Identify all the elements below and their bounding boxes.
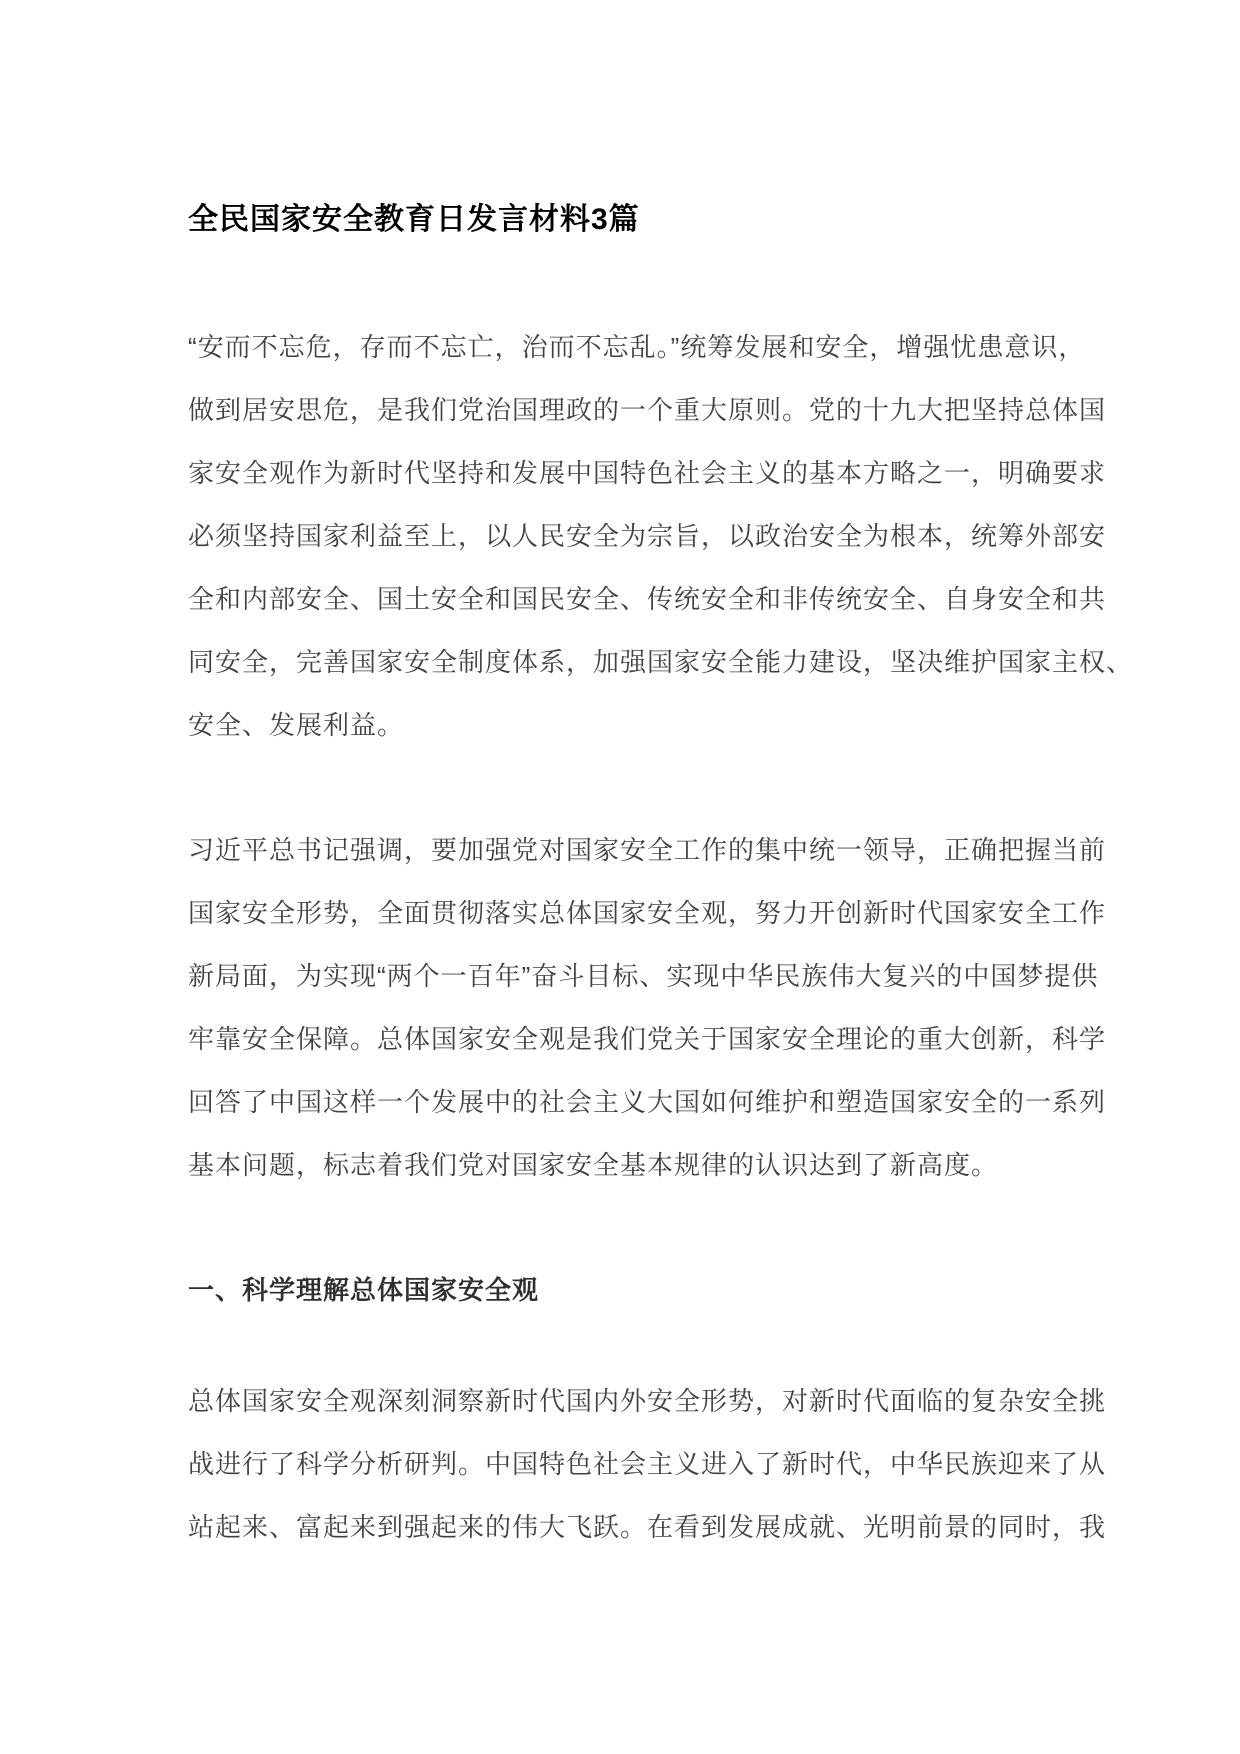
paragraph-line: 回答了中国这样一个发展中的社会主义大国如何维护和塑造国家安全的一系列 bbox=[188, 1071, 1106, 1134]
document-title: 全民国家安全教育日发言材料3篇 bbox=[188, 200, 640, 240]
paragraph-2: 习近平总书记强调，要加强党对国家安全工作的集中统一领导，正确把握当前 国家安全形… bbox=[188, 819, 1106, 1197]
paragraph-1: “安而不忘危，存而不忘亡，治而不忘乱。”统筹发展和安全，增强忧患意识， 做到居安… bbox=[188, 316, 1133, 757]
paragraph-line: 战进行了科学分析研判。中国特色社会主义进入了新时代，中华民族迎来了从 bbox=[188, 1433, 1106, 1496]
paragraph-3: 总体国家安全观深刻洞察新时代国内外安全形势，对新时代面临的复杂安全挑 战进行了科… bbox=[188, 1370, 1106, 1559]
paragraph-line: 家安全观作为新时代坚持和发展中国特色社会主义的基本方略之一，明确要求 bbox=[188, 442, 1133, 505]
paragraph-line: 同安全，完善国家安全制度体系，加强国家安全能力建设，坚决维护国家主权、 bbox=[188, 631, 1133, 694]
section-heading-1: 一、科学理解总体国家安全观 bbox=[188, 1259, 539, 1322]
paragraph-line: “安而不忘危，存而不忘亡，治而不忘乱。”统筹发展和安全，增强忧患意识， bbox=[188, 316, 1133, 379]
paragraph-line: 基本问题，标志着我们党对国家安全基本规律的认识达到了新高度。 bbox=[188, 1134, 1106, 1197]
paragraph-line: 站起来、富起来到强起来的伟大飞跃。在看到发展成就、光明前景的同时，我 bbox=[188, 1496, 1106, 1559]
paragraph-line: 全和内部安全、国土安全和国民安全、传统安全和非传统安全、自身安全和共 bbox=[188, 568, 1133, 631]
paragraph-line: 国家安全形势，全面贯彻落实总体国家安全观，努力开创新时代国家安全工作 bbox=[188, 882, 1106, 945]
document-page: 全民国家安全教育日发言材料3篇 “安而不忘危，存而不忘亡，治而不忘乱。”统筹发展… bbox=[0, 0, 1240, 1754]
paragraph-line: 新局面，为实现“两个一百年”奋斗目标、实现中华民族伟大复兴的中国梦提供 bbox=[188, 945, 1106, 1008]
paragraph-line: 做到居安思危，是我们党治国理政的一个重大原则。党的十九大把坚持总体国 bbox=[188, 379, 1133, 442]
paragraph-line: 习近平总书记强调，要加强党对国家安全工作的集中统一领导，正确把握当前 bbox=[188, 819, 1106, 882]
paragraph-line: 必须坚持国家利益至上，以人民安全为宗旨，以政治安全为根本，统筹外部安 bbox=[188, 505, 1133, 568]
paragraph-line: 总体国家安全观深刻洞察新时代国内外安全形势，对新时代面临的复杂安全挑 bbox=[188, 1370, 1106, 1433]
paragraph-line: 安全、发展利益。 bbox=[188, 694, 1133, 757]
paragraph-line: 牢靠安全保障。总体国家安全观是我们党关于国家安全理论的重大创新，科学 bbox=[188, 1008, 1106, 1071]
